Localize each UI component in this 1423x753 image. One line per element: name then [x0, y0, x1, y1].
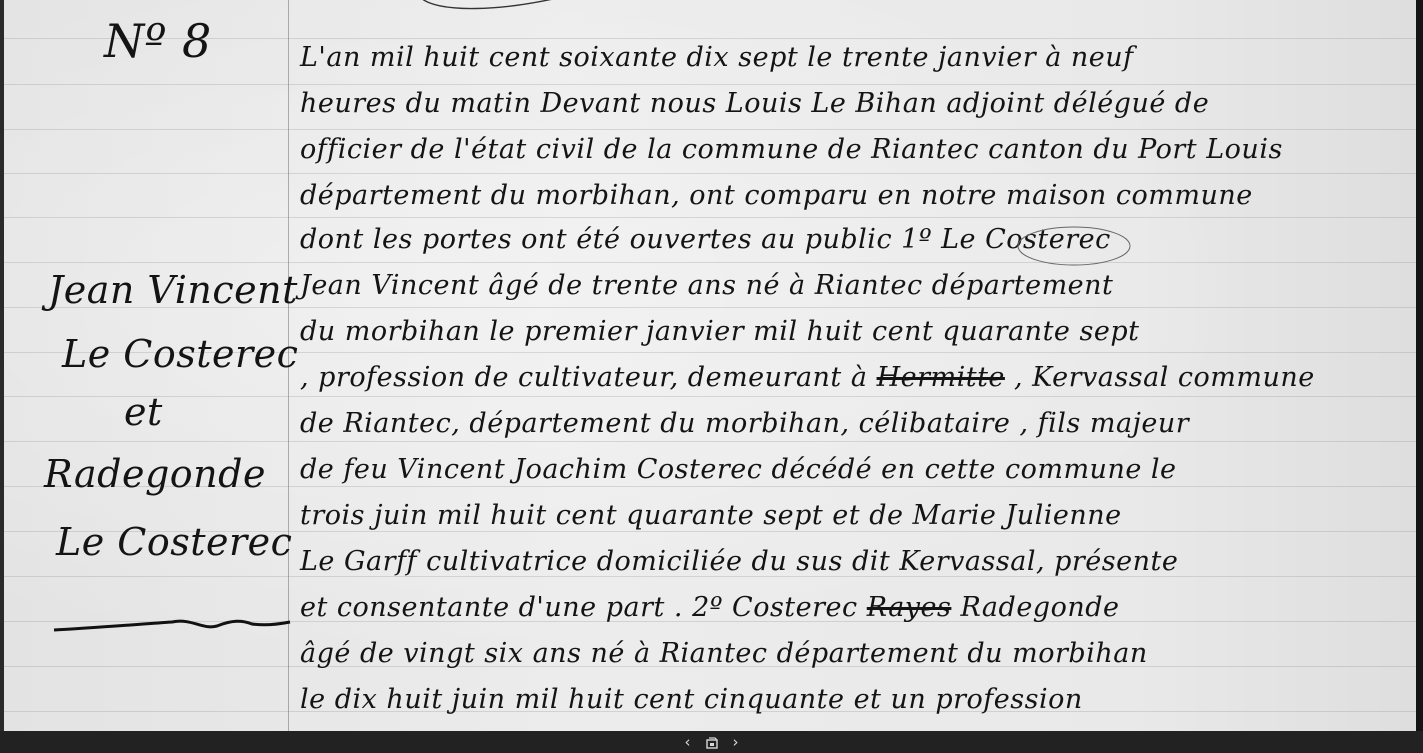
act-text-line: Le Garff cultivatrice domiciliée du sus …: [300, 546, 1178, 577]
ruled-line: [4, 262, 1416, 263]
ruled-line: [4, 129, 1416, 130]
ruled-line: [4, 217, 1416, 218]
struck-word: Hermitte: [877, 362, 1005, 393]
ruled-line: [4, 38, 1416, 39]
act-text-line: L'an mil huit cent soixante dix sept le …: [300, 42, 1134, 73]
flourish-mark: [414, 0, 584, 16]
margin-name-line: et: [124, 390, 163, 434]
act-text-segment: , profession de cultivateur, demeurant à: [300, 362, 867, 393]
next-image-button[interactable]: ›: [731, 731, 741, 753]
ruled-line: [4, 396, 1416, 397]
act-text-line: officier de l'état civil de la commune d…: [300, 134, 1283, 165]
act-text-segment: et consentante d'une part . 2º Costerec: [300, 592, 858, 623]
act-text-line: âgé de vingt six ans né à Riantec départ…: [300, 638, 1148, 669]
page-edge-right: [1416, 0, 1423, 731]
act-text-line: Jean Vincent âgé de trente ans né à Rian…: [300, 270, 1113, 301]
ruled-line: [4, 441, 1416, 442]
closing-squiggle: [52, 612, 292, 636]
act-text-line: dont les portes ont été ouvertes au publ…: [300, 224, 1111, 255]
act-text-segment: Radegonde: [960, 592, 1119, 623]
act-text-line: le dix huit juin mil huit cent cinquante…: [300, 684, 1083, 715]
act-text-line: trois juin mil huit cent quarante sept e…: [300, 500, 1122, 531]
act-text-segment: , Kervassal commune: [1014, 362, 1315, 393]
register-page: Nº 8 Jean Vincent Le Costerec et Radegon…: [4, 0, 1416, 731]
act-text-line: département du morbihan, ont comparu en …: [300, 180, 1253, 211]
entry-number: Nº 8: [104, 14, 212, 68]
act-text-line: du morbihan le premier janvier mil huit …: [300, 316, 1139, 347]
act-text-line: et consentante d'une part . 2º Costerec …: [300, 592, 1119, 623]
margin-name-line: Le Costerec: [56, 520, 292, 564]
previous-image-button[interactable]: ‹: [683, 731, 693, 753]
document-viewer: Nº 8 Jean Vincent Le Costerec et Radegon…: [0, 0, 1423, 731]
struck-word: Rayes: [867, 592, 952, 623]
margin-name-line: Radegonde: [44, 452, 266, 496]
viewer-navigation-bar: ‹ ›: [0, 731, 1423, 753]
act-text-line: de Riantec, département du morbihan, cél…: [300, 408, 1189, 439]
margin-name-line: Jean Vincent: [48, 268, 298, 312]
act-text-line: de feu Vincent Joachim Costerec décédé e…: [300, 454, 1177, 485]
ruled-line: [4, 84, 1416, 85]
act-text-line: , profession de cultivateur, demeurant à…: [300, 362, 1315, 393]
act-text-line: heures du matin Devant nous Louis Le Bih…: [300, 88, 1209, 119]
circle-annotation: [1014, 222, 1134, 268]
ruled-line: [4, 173, 1416, 174]
gallery-icon[interactable]: [705, 735, 719, 749]
margin-name-line: Le Costerec: [62, 332, 298, 376]
